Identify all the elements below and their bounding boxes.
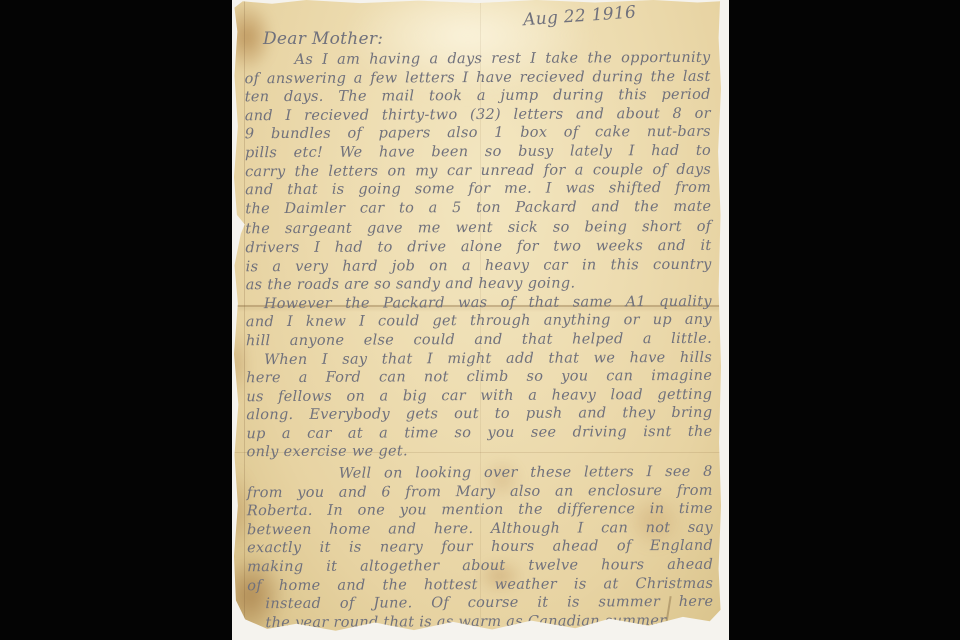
letter-line: Well on looking over these letters I see… (247, 463, 713, 484)
letter-line: drivers I had to drive alone for two wee… (245, 237, 711, 258)
letter-line: However the Packard was of that same A1 … (246, 292, 712, 313)
letter-paper: Aug 22 1916 Dear Mother: As I am having … (233, 0, 722, 632)
letter-line: the Daimler car to a 5 ton Packard and t… (245, 198, 711, 219)
letter-line: When I say that I might add that we have… (246, 348, 712, 369)
letter-line: and I knew I could get through anything … (246, 311, 712, 332)
letter-line: as the roads are so sandy and heavy goin… (246, 274, 712, 295)
letter-line: ten days. The mail took a jump during th… (245, 86, 711, 107)
letter-line: is a very hard job on a heavy car in thi… (246, 255, 712, 276)
letter-line: making it altogether about twelve hours … (247, 556, 713, 577)
letter-line: between home and here. Although I can no… (247, 519, 713, 540)
letter-line: Roberta. In one you mention the differen… (247, 500, 713, 521)
letter-line: instead of June. Of course it is summer … (247, 593, 713, 614)
letter-line: only exercise we get. (247, 441, 713, 462)
letter-line: of answering a few letters I have reciev… (245, 67, 711, 88)
letter-line: the sargeant gave me went sick so being … (245, 218, 711, 239)
letter-line: of home and the hottest weather is at Ch… (247, 574, 713, 595)
letter-line: pills etc! We have been so busy lately I… (245, 142, 711, 163)
letter-line: from you and 6 from Mary also an enclosu… (247, 481, 713, 502)
letter-line: up a car at a time so you see driving is… (246, 423, 712, 444)
letter-line: here a Ford can not climb so you can ima… (246, 367, 712, 388)
letter-line: along. Everybody gets out to push and th… (246, 404, 712, 425)
letter-salutation: Dear Mother: (263, 29, 383, 49)
letter-body: As I am having a days rest I take the op… (244, 49, 713, 633)
letter-line: hill anyone else could and that helped a… (246, 330, 712, 351)
photo-background: { "scene": { "description": "Scanned han… (0, 0, 960, 640)
letter-line: carry the letters on my car unread for a… (245, 160, 711, 181)
letter-line: and I recieved thirty-two (32) letters a… (245, 105, 711, 126)
letter-line: exactly it is neary four hours ahead of … (247, 537, 713, 558)
letter-line: us fellows on a big car with a heavy loa… (246, 385, 712, 406)
letter-line: and that is going some for me. I was shi… (245, 179, 711, 200)
scan-background: Aug 22 1916 Dear Mother: As I am having … (232, 0, 729, 640)
letter-line: the year round that is as warm as Canadi… (247, 612, 713, 633)
letter-line: As I am having a days rest I take the op… (244, 49, 710, 70)
letter-line: 9 bundles of papers also 1 box of cake n… (245, 123, 711, 144)
